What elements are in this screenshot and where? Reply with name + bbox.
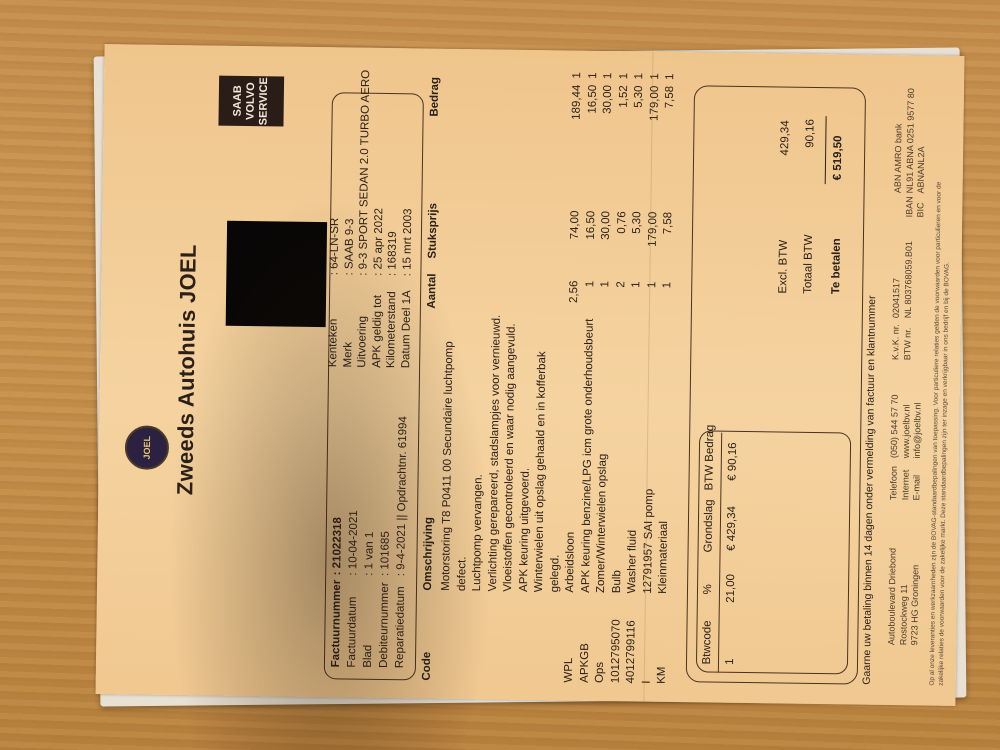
bank-label: IBAN	[904, 193, 916, 217]
reg-value: 02041517	[891, 278, 902, 318]
cell-unit-price: 179,00	[645, 212, 661, 247]
amount-due-label: Te betalen	[829, 238, 845, 294]
col-header-code: Code	[421, 652, 433, 681]
work-notes: Motorstoring T8 P0411 00 Secundaire luch…	[439, 314, 567, 593]
reg-label: BTW nr.	[902, 318, 914, 360]
cell-vat-code: 1	[570, 72, 586, 79]
col-header-description: Omschrijving	[422, 517, 435, 591]
cell-amount: 189,44	[570, 85, 586, 120]
cell-code: APKGB	[577, 643, 593, 683]
vehicle-label: Merk	[341, 275, 357, 367]
cell-vat-code: 1	[663, 73, 679, 80]
info-label: Debiteurnummer	[376, 576, 393, 668]
logo-text: JOEL	[142, 436, 152, 460]
cell-unit-price: 0,76	[614, 211, 630, 234]
vat-header-code: Btwcode	[701, 620, 714, 664]
info-label: Factuurnummer	[328, 575, 345, 667]
contact-label: E-mail	[911, 458, 923, 500]
cell-quantity: 2,56	[567, 281, 583, 304]
amount-due-value: € 519,50	[831, 135, 847, 180]
col-header-quantity: Aantal	[426, 273, 438, 308]
invoice-page: JOEL Zweeds Autohuis JOEL SAAB VOLVO SER…	[96, 44, 965, 706]
info-value: : 10-04-2021	[347, 510, 360, 575]
badge-line: VOLVO	[245, 82, 259, 120]
cell-unit-price: 16,50	[583, 211, 599, 240]
cell-description: Bulb	[609, 570, 625, 593]
cell-quantity: 1	[660, 282, 676, 289]
cell-quantity: 1	[645, 282, 661, 289]
vat-row-base: € 429,34	[725, 506, 741, 551]
bank-value: ABN AMRO bank	[893, 124, 904, 194]
vehicle-value: : 168319	[386, 231, 399, 276]
cell-amount: 5,30	[632, 85, 648, 108]
vehicle-label: Datum Deel 1A	[399, 276, 415, 368]
cell-code: WPL	[562, 658, 578, 683]
badge-line: SERVICE	[257, 77, 271, 125]
vat-row-code: 1	[723, 658, 739, 665]
cell-vat-code: 1	[586, 72, 602, 79]
cell-unit-price: 5,30	[630, 211, 646, 234]
cell-description: Arbeidsloon	[563, 532, 579, 593]
email-link[interactable]: info@joelbv.nl	[912, 402, 923, 458]
vehicle-label: APK geldig tot	[370, 276, 386, 368]
terms-text: Op al onze leveranties en werkzaamheden …	[928, 182, 953, 686]
excl-vat-value: 429,34	[778, 120, 794, 155]
vehicle-label: Kenteken	[326, 275, 342, 367]
excl-vat-label: Excl. BTW	[776, 240, 792, 294]
info-label: Factuurdatum	[344, 575, 361, 667]
footer-registration: K.v.K. nr.02041517 BTW nr.NL 803768059.B…	[890, 241, 915, 361]
payment-note: Gaarne uw betaling binnen 14 dagen onder…	[861, 295, 878, 684]
badge-line: SAAB	[232, 85, 245, 116]
vehicle-label: Kilometerstand	[384, 276, 400, 368]
contact-label: Internet	[900, 458, 912, 500]
info-value: : 101685	[379, 531, 392, 576]
col-header-unit-price: Stuksprijs	[427, 203, 440, 259]
info-label: Blad	[360, 576, 377, 668]
reg-label: K.v.K. nr.	[890, 318, 902, 360]
info-label: Reparatiedatum	[392, 576, 409, 668]
cell-vat-code: 1	[617, 73, 633, 80]
vehicle-value: : 25 apr 2022	[372, 208, 385, 276]
cell-code: 4012799116	[624, 620, 640, 683]
cell-amount: 1,52	[616, 85, 632, 108]
vat-header-percent: %	[702, 584, 714, 594]
cell-description: Kleinmateriaal	[656, 521, 673, 594]
vehicle-value: : 15 mrt 2003	[401, 208, 414, 276]
info-value: : 1 van 1	[363, 532, 376, 576]
website-link[interactable]: www.joelbv.nl	[900, 404, 911, 458]
cell-vat-code: 1	[632, 73, 648, 80]
line-items: WPLArbeidsloon2,5674,00189,441APKGBAPK k…	[561, 51, 679, 702]
saab-volvo-service-badge: SAAB VOLVO SERVICE	[218, 76, 284, 127]
vehicle-value: : 64-LN-SR	[328, 218, 341, 276]
cell-quantity: 1	[629, 281, 645, 288]
address-line: 9723 HG Groningen	[909, 548, 922, 645]
cell-quantity: 1	[598, 281, 614, 288]
vat-header-amount: BTW Bedrag	[703, 425, 716, 491]
info-value: : 21022318	[331, 517, 344, 575]
contact-label: Telefoon	[888, 458, 900, 500]
vat-row-amount: € 90,16	[726, 442, 742, 481]
company-name: Zweeds Autohuis JOEL	[172, 244, 202, 495]
cell-vat-code: 1	[601, 73, 617, 80]
cell-description: Washer fluid	[625, 530, 641, 594]
cell-vat-code: 1	[648, 73, 664, 80]
cell-amount: 7,58	[663, 86, 679, 109]
footer-address: Autoboulevard Driebond Rostockweg 11 972…	[886, 548, 922, 646]
company-logo-icon: JOEL	[125, 425, 170, 470]
footer-contact: Telefoon(050) 544 57 70 Internetwww.joel…	[888, 394, 924, 500]
cell-amount: 16,50	[585, 85, 601, 114]
vehicle-value: : 9-3 SPORT SEDAN 2.0 TURBO AERO	[357, 70, 372, 276]
cell-quantity: 2	[614, 281, 630, 288]
footer-bank: ABN AMRO bank IBANNL91 ABNA 0251 9577 80…	[892, 88, 928, 218]
bank-value: NL91 ABNA 0251 9577 80	[904, 88, 915, 193]
redacted-address-block	[226, 221, 327, 327]
contact-row: E-mailinfo@joelbv.nl	[911, 395, 924, 501]
address-line: Autoboulevard Driebond	[886, 548, 899, 645]
total-vat-value: 90,16	[803, 119, 819, 148]
invoice-info: Factuurnummer: 21022318 Factuurdatum: 10…	[328, 415, 412, 668]
contact-value: (050) 544 57 70	[889, 394, 900, 458]
cell-amount: 179,00	[647, 86, 663, 121]
vehicle-info: Kenteken: 64-LN-SR Merk: SAAB 9-3 Uitvoe…	[326, 69, 417, 368]
bank-label: BIC	[915, 193, 927, 217]
cell-description: 12791957 SAI pomp	[640, 489, 657, 594]
info-value: : 9-4-2021 || Opdrachtnr. 61994	[395, 416, 409, 576]
reg-value: NL 803768059.B01	[902, 241, 913, 318]
cell-unit-price: 7,58	[661, 212, 677, 235]
cell-quantity: 1	[583, 281, 599, 288]
bank-row: BICABNANL2A	[915, 88, 928, 217]
total-vat-label: Totaal BTW	[801, 234, 817, 294]
cell-code: I	[639, 680, 655, 683]
cell-code: KM	[655, 667, 671, 684]
vat-header-base: Grondslag	[703, 499, 716, 552]
cell-code: Ops	[593, 662, 609, 683]
cell-unit-price: 30,00	[599, 211, 615, 240]
cell-amount: 30,00	[601, 85, 617, 114]
cell-code: 1012795070	[608, 619, 624, 683]
reg-row: BTW nr.NL 803768059.B01	[902, 241, 915, 360]
vehicle-label: Uitvoering	[355, 276, 371, 368]
vehicle-value: : SAAB 9-3	[343, 218, 356, 275]
vat-row-percent: 21,00	[724, 574, 740, 603]
cell-unit-price: 74,00	[568, 211, 584, 240]
bank-value: ABNANL2A	[916, 146, 927, 193]
col-header-amount: Bedrag	[429, 77, 442, 117]
